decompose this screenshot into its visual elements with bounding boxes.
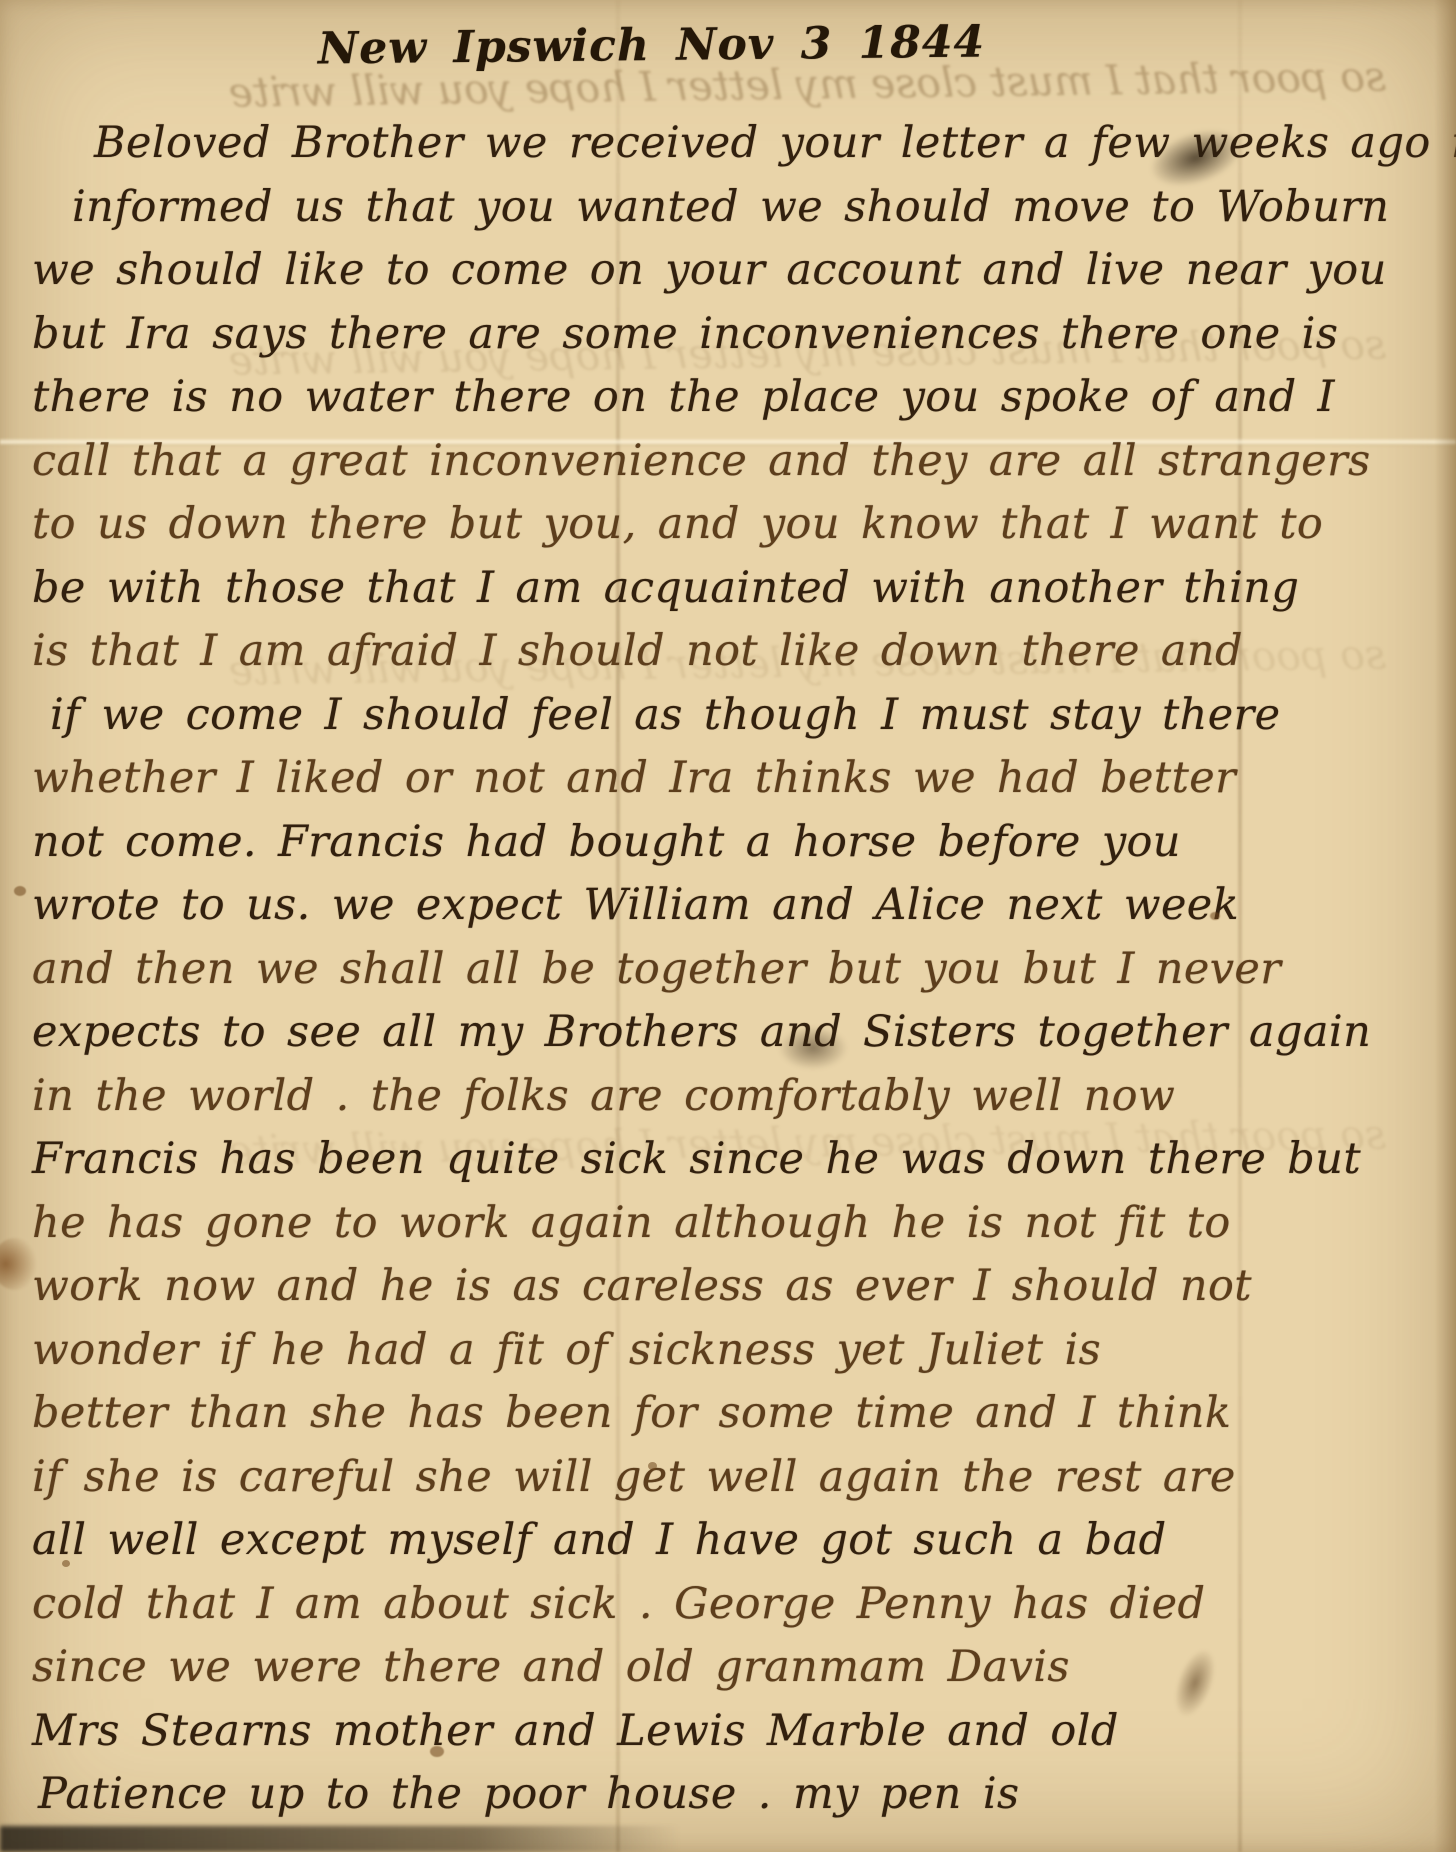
letter-line: not come. Francis had bought a horse bef…	[32, 811, 1336, 875]
letter-line: whether I liked or not and Ira thinks we…	[32, 747, 1336, 811]
letter-line: if she is careful she will get well agai…	[32, 1446, 1336, 1510]
paper-bottom-edge	[0, 1826, 680, 1852]
letter-line: informed us that you wanted we should mo…	[32, 176, 1336, 240]
letter-line: wonder if he had a fit of sickness yet J…	[32, 1319, 1336, 1383]
letter-line: all well except myself and I have got su…	[32, 1509, 1336, 1573]
letter-line: since we were there and old granmam Davi…	[32, 1636, 1336, 1700]
letter-line: to us down there but you, and you know t…	[32, 493, 1336, 557]
letter-line: but Ira says there are some inconvenienc…	[32, 303, 1336, 367]
letter-line: expects to see all my Brothers and Siste…	[32, 1001, 1336, 1065]
letter-line: work now and he is as careless as ever I…	[32, 1255, 1336, 1319]
letter-page: so poor that I must close my letter I ho…	[0, 0, 1456, 1852]
letter-line: he has gone to work again although he is…	[32, 1192, 1336, 1256]
letter-line: Mrs Stearns mother and Lewis Marble and …	[32, 1700, 1336, 1764]
letter-line: and then we shall all be together but yo…	[32, 938, 1336, 1002]
letter-line: better than she has been for some time a…	[32, 1382, 1336, 1446]
letter-line: there is no water there on the place you…	[32, 366, 1336, 430]
letter-line: Francis has been quite sick since he was…	[32, 1128, 1336, 1192]
paper-speck	[14, 886, 26, 896]
letter-line: we should like to come on your account a…	[32, 239, 1336, 303]
letter-line: if we come I should feel as though I mus…	[32, 684, 1336, 748]
letter-line: wrote to us. we expect William and Alice…	[32, 874, 1336, 938]
letter-line: be with those that I am acquainted with …	[32, 557, 1336, 621]
letter-body: Beloved Brother we received your letter …	[32, 112, 1336, 1827]
letter-line: Beloved Brother we received your letter …	[32, 112, 1336, 176]
letter-line: cold that I am about sick . George Penny…	[32, 1573, 1336, 1637]
letter-line: is that I am afraid I should not like do…	[32, 620, 1336, 684]
letter-line: call that a great inconvenience and they…	[32, 430, 1336, 494]
letter-line: in the world . the folks are comfortably…	[32, 1065, 1336, 1129]
dateline: New Ipswich Nov 3 1844	[318, 17, 986, 75]
letter-line: Patience up to the poor house . my pen i…	[32, 1763, 1336, 1827]
paper-right-edge	[1434, 0, 1456, 1852]
